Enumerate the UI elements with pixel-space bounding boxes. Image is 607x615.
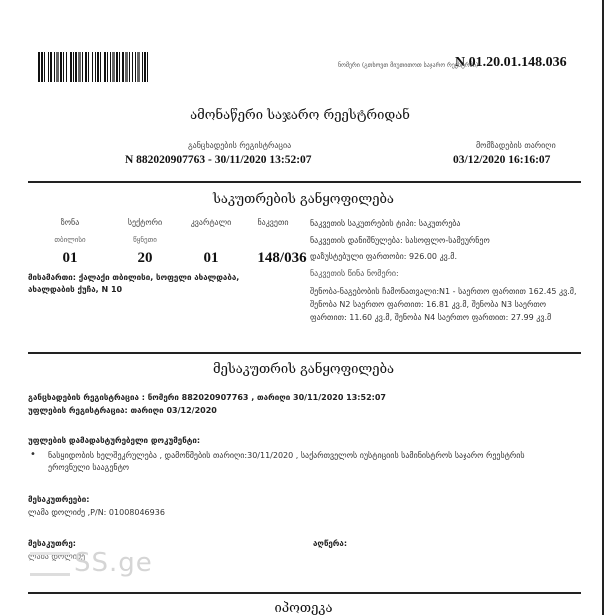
basis-document-label: უფლების დამადასტურებელი დოკუმენტი:: [28, 435, 200, 447]
property-address: მისამართი: ქალაქი თბილისი, სოფელი ახალდა…: [28, 272, 288, 296]
parcel-purpose: ნაკვეთის დანიშნულება: სასოფლო-სამეურნეო: [310, 235, 595, 247]
parcel-label: ნაკვეთი: [243, 218, 303, 227]
quarter-value: 01: [176, 250, 246, 267]
divider: [28, 181, 581, 183]
application-value: N 882020907763 - 30/11/2020 13:52:07: [125, 154, 312, 166]
divider: [28, 352, 581, 354]
zone-sub: თბილისი: [40, 236, 100, 244]
watermark-text: SS.ge: [74, 548, 153, 578]
sector-sub: წყნეთი: [115, 236, 175, 244]
description-label: აღწერა:: [313, 538, 347, 550]
sector-label: სექტორი: [115, 218, 175, 227]
zone-label: ზონა: [40, 218, 100, 227]
sector-value: 20: [110, 250, 180, 267]
issue-date-label: მომზადების თარიღი: [476, 141, 556, 150]
issue-date-value: 03/12/2020 16:16:07: [453, 154, 550, 166]
application-label: განცხადების რეგისტრაცია: [188, 141, 291, 150]
bullet-icon: •: [30, 449, 36, 461]
property-section-title: საკუთრების განყოფილება: [0, 192, 607, 207]
divider: [28, 592, 581, 594]
page-edge: [602, 0, 604, 615]
owners-label: მესაკუთრეები:: [28, 494, 89, 506]
mortgage-section-title: იპოთეკა: [0, 601, 607, 615]
watermark-icon: [30, 552, 70, 576]
document-number: N 01.20.01.148.036: [455, 55, 567, 71]
owner-section-title: მესაკუთრის განყოფილება: [0, 362, 607, 377]
previous-parcel-number: ნაკვეთის წინა ნომერი:: [310, 268, 595, 280]
parcel-ownership-type: ნაკვეთის საკუთრების ტიპი: საკუთრება: [310, 218, 595, 230]
basis-document-item: ნასყიდობის ხელშეკრულება , დამოწმების თარ…: [48, 450, 548, 474]
declared-area: დაზუსტებული ფართობი: 926.00 კვ.მ.: [310, 251, 595, 263]
barcode-icon: [38, 52, 238, 82]
zone-value: 01: [35, 250, 105, 267]
right-registration-date: უფლების რეგისტრაცია: თარიღი 03/12/2020: [28, 405, 217, 417]
watermark-logo: SS.ge: [30, 548, 153, 578]
quarter-label: კვარტალი: [181, 218, 241, 227]
owners-value: ლამა დოლიძე ,P/N: 01008046936: [28, 507, 165, 519]
buildings-list: შენობა-ნაგებობის ჩამონათვალი:N1 - საერთო…: [310, 285, 580, 324]
owner-application-line: განცხადების რეგისტრაცია : ნომერი 8820209…: [28, 392, 386, 404]
document-title: ამონაწერი საჯარო რეესტრიდან: [0, 108, 600, 123]
